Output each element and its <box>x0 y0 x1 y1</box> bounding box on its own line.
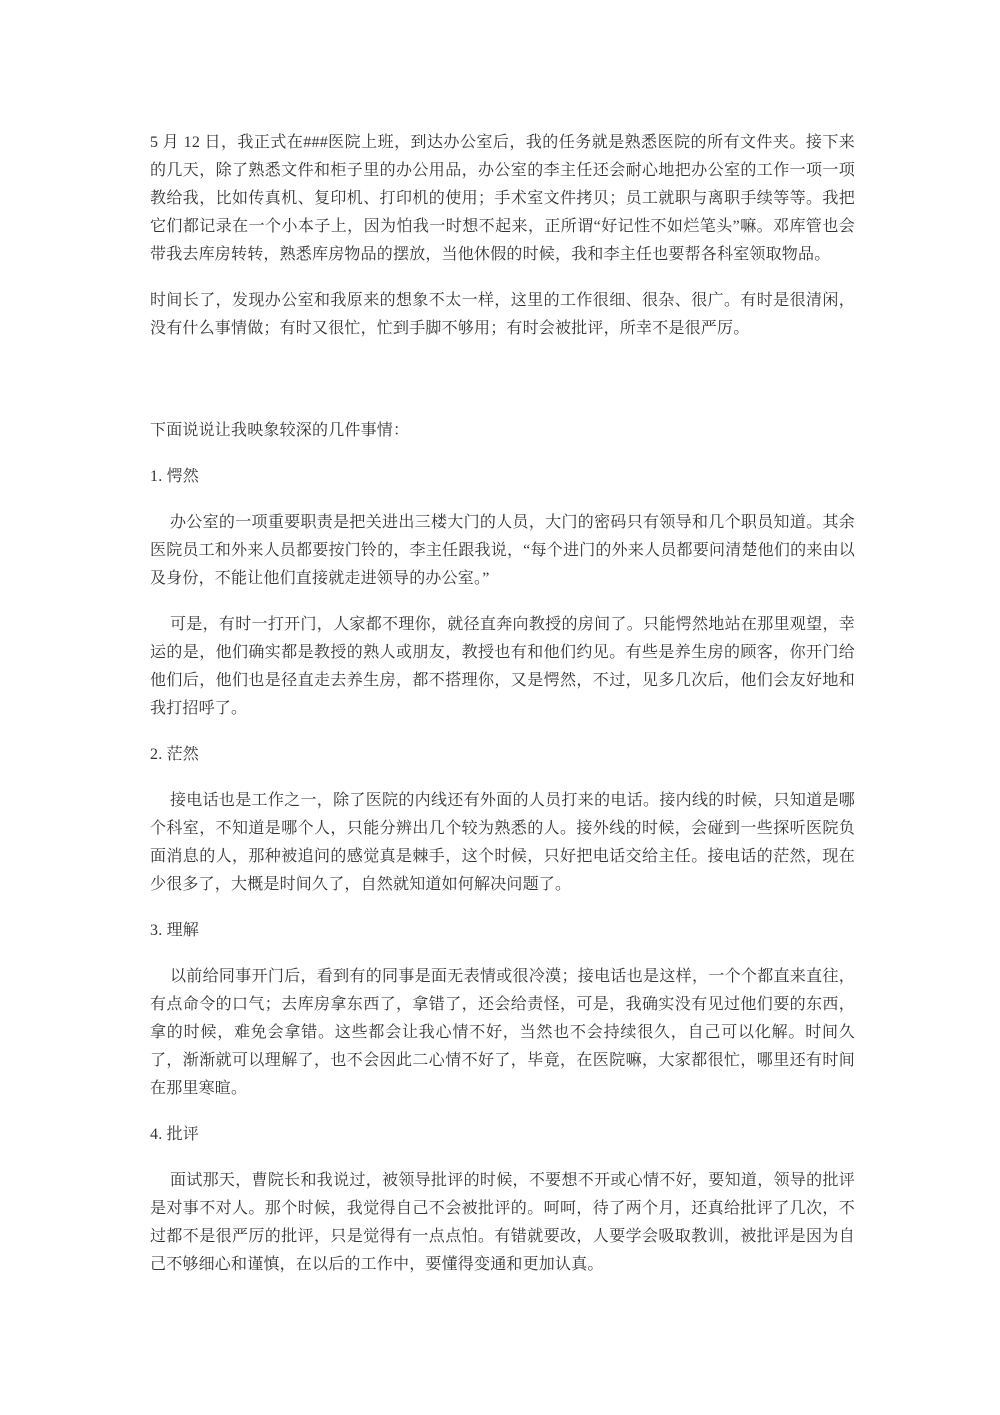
paragraph-criticism-lesson: 面试那天，曹院长和我说过，被领导批评的时候，不要想不开或心情不好，要知道，领导的… <box>150 1167 855 1279</box>
paragraph-colleague-attitudes: 以前给同事开门后，看到有的同事是面无表情或很冷漠；接电话也是这样，一个个都直来直… <box>150 963 855 1103</box>
paragraph-first-day: 5 月 12 日，我正式在###医院上班，到达办公室后，我的任务就是熟悉医院的所… <box>150 129 855 269</box>
paragraph-phone-calls: 接电话也是工作之一，除了医院的内线还有外面的人员打来的电话。接内线的时候，只知道… <box>150 787 855 899</box>
heading-section-4-criticism: 4. 批评 <box>150 1121 855 1149</box>
intro-sentence: 下面说说让我映象较深的几件事情： <box>150 417 855 445</box>
document-page: 5 月 12 日，我正式在###医院上班，到达办公室后，我的任务就是熟悉医院的所… <box>0 0 1000 1415</box>
heading-section-2-confused: 2. 茫然 <box>150 741 855 769</box>
heading-section-1-startled: 1. 愕然 <box>150 463 855 491</box>
document-text-area: 5 月 12 日，我正式在###医院上班，到达办公室后，我的任务就是熟悉医院的所… <box>0 0 1000 1279</box>
paragraph-door-visitors: 可是，有时一打开门，人家都不理你，就径直奔向教授的房间了。只能愕然地站在那里观望… <box>150 611 855 723</box>
paragraph-door-duty: 办公室的一项重要职责是把关进出三楼大门的人员，大门的密码只有领导和几个职员知道。… <box>150 509 855 593</box>
paragraph-work-impression: 时间长了，发现办公室和我原来的想象不太一样，这里的工作很细、很杂、很广。有时是很… <box>150 287 855 343</box>
heading-section-3-understanding: 3. 理解 <box>150 917 855 945</box>
